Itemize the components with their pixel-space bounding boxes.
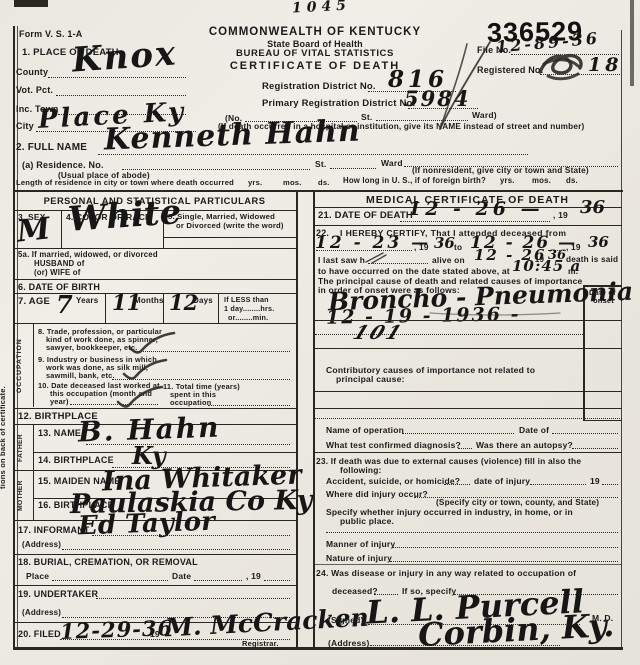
married-5a-label: 5a. If married, widowed, or divorced xyxy=(18,251,158,259)
race-value: White xyxy=(67,195,182,237)
rule-line xyxy=(315,408,622,409)
dotted-line xyxy=(444,484,470,485)
dotted-line xyxy=(326,532,618,533)
county-label: County xyxy=(16,68,48,77)
cell-divider xyxy=(61,210,62,248)
occ-11-line3: occupation xyxy=(170,399,211,406)
where-injury-label: Where did injury occur? xyxy=(326,490,428,499)
nature-of-injury-label: Nature of injury xyxy=(326,554,392,563)
full-name-value: Kenneth Hahn xyxy=(104,117,362,156)
husband-of-label: HUSBAND of xyxy=(34,260,85,268)
registered-no-scribble xyxy=(540,56,581,73)
operation-date-label: Date of xyxy=(519,426,549,435)
occurred-text: to have occurred on the date stated abov… xyxy=(318,267,510,276)
registered-no-scribble xyxy=(544,60,578,79)
occ-9-line3: sawmill, bank, etc. xyxy=(46,372,115,379)
mother-vertical-text: MOTHER xyxy=(18,475,25,517)
age-years-value: 7 xyxy=(56,293,73,317)
date-of-injury-label: date of injury xyxy=(474,477,530,486)
rule-line xyxy=(13,408,296,409)
test-confirmed-label: What test confirmed diagnosis? xyxy=(326,441,461,450)
father-name-label: 13. NAME xyxy=(38,429,81,438)
filed-label: 20. FILED xyxy=(18,630,61,639)
dod-19-label: , 19 xyxy=(553,211,568,220)
dotted-line xyxy=(62,549,290,550)
item-23-text-2: following: xyxy=(340,466,382,474)
sex-value: M xyxy=(16,214,52,247)
dotted-line xyxy=(572,448,618,449)
mother-vertical-label: MOTHER xyxy=(18,475,25,520)
dotted-line xyxy=(52,580,168,581)
burial-19-label: , 19 xyxy=(246,572,261,581)
mos2-label: mos. xyxy=(532,177,551,185)
burial-place-label: Place xyxy=(26,572,49,581)
dotted-line xyxy=(368,263,428,264)
injury-19-label: 19 xyxy=(590,477,600,486)
ds-label: ds. xyxy=(318,179,330,187)
undertaker-label: 19. UNDERTAKER xyxy=(18,590,98,599)
father-birthplace-label: 14. BIRTHPLACE xyxy=(38,456,114,465)
ds2-label: ds. xyxy=(566,177,578,185)
physician-address-label: (Address) xyxy=(328,639,369,648)
dotted-line xyxy=(530,484,586,485)
cell-divider xyxy=(105,293,106,323)
margin-note: tions on back of certificate. xyxy=(0,330,7,547)
accident-label: Accident, suicide, or homicide? xyxy=(326,477,460,486)
marital-label-1: 5. Single, Married, Widowed xyxy=(168,213,275,221)
months-label: Months xyxy=(134,297,164,305)
rule-line xyxy=(315,225,622,226)
cause-onset-date-value: 12 - 19 - 1936 - xyxy=(326,305,521,327)
burial-date-label: Date xyxy=(172,572,191,581)
rule-line xyxy=(315,564,622,565)
dotted-line xyxy=(56,95,186,96)
top-handwritten-number: 1045 xyxy=(292,0,352,16)
dotted-line xyxy=(458,448,472,449)
yrs2-label: yrs. xyxy=(500,177,515,185)
dotted-line xyxy=(70,404,158,405)
street-st-label: St. xyxy=(361,113,372,122)
registrar-label: Registrar. xyxy=(242,640,279,648)
signed-label: (Signed) xyxy=(328,616,364,625)
onset-box-bottom-border xyxy=(583,420,622,421)
margin-note-text: tions on back of certificate. xyxy=(0,330,7,545)
cell-divider xyxy=(33,424,34,470)
occ-10-line3: year) xyxy=(50,398,69,405)
operation-label: Name of operation xyxy=(326,426,404,435)
dod-year-value: 36 xyxy=(580,199,605,217)
street-ward-label: Ward) xyxy=(472,111,497,120)
cell-divider xyxy=(33,470,34,520)
autopsy-label: Was there an autopsy? xyxy=(476,441,573,450)
item-24-text: 24. Was disease or injury in any way rel… xyxy=(316,569,576,578)
rule-line xyxy=(315,320,622,321)
column-divider-left xyxy=(296,190,298,648)
form-number: Form V. S. 1-A xyxy=(19,30,82,39)
rule-line xyxy=(13,554,296,555)
dotted-line xyxy=(602,484,618,485)
rule-line xyxy=(315,391,622,392)
dotted-line xyxy=(402,433,514,434)
date-of-death-value: 12 - 26 — xyxy=(408,200,544,219)
form-border-right xyxy=(621,30,622,648)
father-vertical-text: FATHER xyxy=(18,428,25,468)
days-label: Days xyxy=(193,297,213,305)
length-residence-label: Length of residence in city or town wher… xyxy=(16,179,234,187)
to-19-label: , 19 xyxy=(566,243,581,251)
specify-injury-text-2: public place. xyxy=(340,517,394,526)
m-label: m. xyxy=(568,267,578,276)
specify-city-note: (Specify city or town, county, and State… xyxy=(436,499,599,507)
dotted-line xyxy=(400,221,550,222)
header-commonwealth: COMMONWEALTH OF KENTUCKY xyxy=(165,27,465,39)
county-value: Knox xyxy=(71,36,178,77)
primary-reg-district-value: 5984 xyxy=(404,88,470,109)
physician-address-value: Corbin, Ky. xyxy=(417,609,615,651)
dotted-line xyxy=(122,169,310,170)
residence-st-label: St. xyxy=(315,160,326,169)
section-divider-top xyxy=(13,190,623,192)
dotted-line xyxy=(376,120,468,121)
last-saw-text-2: alive on xyxy=(432,256,465,264)
age-label: 7. AGE xyxy=(18,297,50,307)
last-saw-text-1: I last saw h xyxy=(318,256,365,264)
scan-smudge xyxy=(14,0,48,7)
informant-value: Ed Taylor xyxy=(78,509,216,540)
dotted-line xyxy=(330,168,376,169)
dotted-line xyxy=(264,580,290,581)
city-label: City xyxy=(16,122,34,131)
dotted-line xyxy=(48,77,186,78)
rule-line xyxy=(315,452,622,453)
yrs-label: yrs. xyxy=(248,179,262,187)
father-vertical-label: FATHER xyxy=(18,428,25,471)
occupation-vertical-text: OCCUPATION xyxy=(17,330,24,402)
from-19-label: , 19 xyxy=(414,243,429,251)
dotted-line xyxy=(134,351,290,352)
rule-line xyxy=(13,279,296,280)
rule-line xyxy=(315,348,622,349)
scan-streak xyxy=(630,0,634,86)
marital-label-2: or Divorced (write the word) xyxy=(176,222,284,230)
less-than-2: 1 day........hrs. xyxy=(224,305,274,312)
column-divider-right xyxy=(313,190,315,648)
residence-label: (a) Residence. No. xyxy=(22,161,104,170)
full-name-label: 2. FULL NAME xyxy=(16,143,87,153)
wife-of-label: (or) WIFE of xyxy=(34,269,81,277)
rule-line xyxy=(163,237,296,238)
date-of-death-label: 21. DATE OF DEATH xyxy=(318,211,413,221)
less-than-3: or........min. xyxy=(228,314,268,321)
residence-ward-label: Ward xyxy=(381,159,403,168)
mos-label: mos. xyxy=(283,179,302,187)
dotted-line xyxy=(112,379,290,380)
tally-marks: 101 xyxy=(350,324,406,343)
howlong-label: How long in U. S., if of foreign birth? xyxy=(343,177,486,185)
occupation-vertical-label: OCCUPATION xyxy=(17,330,24,405)
dotted-line xyxy=(96,598,290,599)
vot-pct-label: Vot. Pct. xyxy=(16,86,53,95)
from-year-value: 36 xyxy=(434,236,455,251)
manner-of-injury-label: Manner of injury xyxy=(326,540,395,549)
primary-reg-district-label: Primary Registration District No. xyxy=(262,99,415,109)
registered-no-value: 18 xyxy=(588,56,622,75)
to-label: to xyxy=(454,243,462,251)
rule-line xyxy=(13,323,296,324)
years-label: Years xyxy=(76,297,98,305)
death-certificate-scan: 1045 Form V. S. 1-A tions on back of cer… xyxy=(0,0,640,665)
undertaker-address-label: (Address) xyxy=(22,609,61,617)
to-year-value: 36 xyxy=(588,235,609,250)
dotted-line xyxy=(552,433,618,434)
reg-district-label: Registration District No. xyxy=(262,82,376,92)
occ-8-line3: sawyer, bookkeeper, etc. xyxy=(46,344,137,351)
rule-line xyxy=(13,585,296,586)
header-bureau: BUREAU OF VITAL STATISTICS xyxy=(165,49,465,59)
dotted-line xyxy=(194,580,242,581)
filed-19-label: 19 xyxy=(150,630,160,639)
dotted-line xyxy=(316,250,412,251)
registered-no-label: Registered No. xyxy=(477,66,543,75)
cell-divider xyxy=(33,323,34,407)
nonresident-note: (If nonresident, give city or town and S… xyxy=(412,167,589,175)
informant-address-label: (Address) xyxy=(22,541,61,549)
dotted-line xyxy=(390,561,618,562)
word-strike-stroke xyxy=(366,253,386,263)
dotted-line xyxy=(392,547,618,548)
cell-divider xyxy=(218,293,219,323)
dotted-line xyxy=(315,418,622,419)
contributory-text-2: principal cause: xyxy=(336,375,405,384)
burial-label: 18. BURIAL, CREMATION, OR REMOVAL xyxy=(18,558,198,567)
less-than-1: If LESS than xyxy=(224,296,269,303)
dotted-line xyxy=(208,405,290,406)
